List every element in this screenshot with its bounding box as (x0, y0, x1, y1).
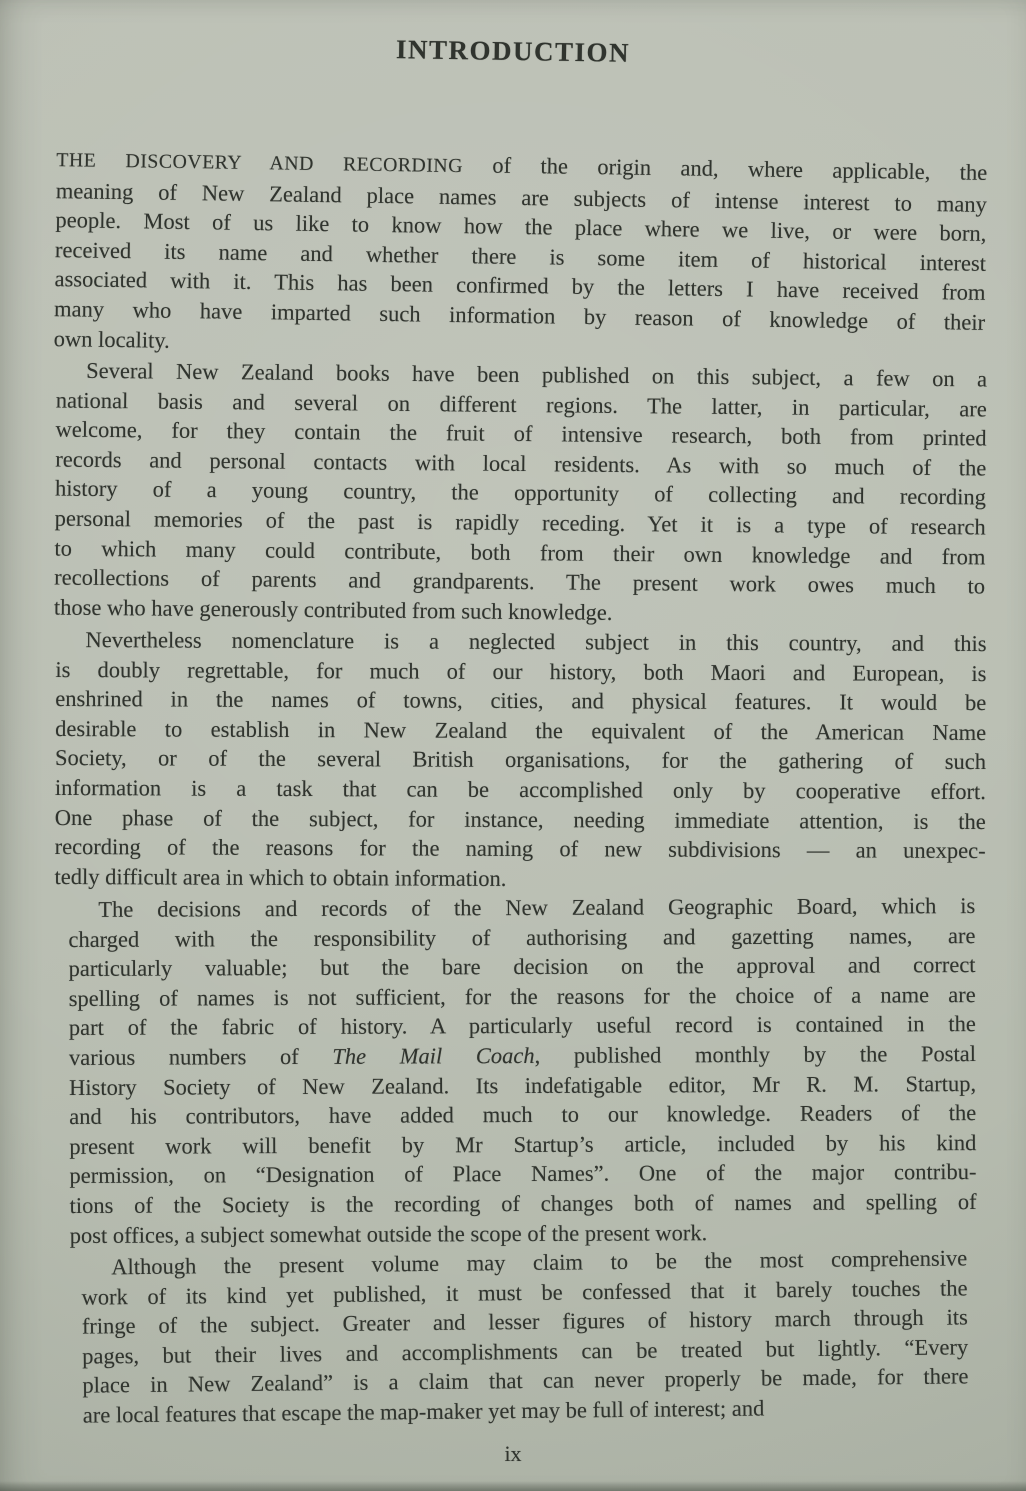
text-line: tedly difficult area in which to obtain … (54, 861, 985, 895)
text-line: History Society of New Zealand. Its inde… (69, 1068, 976, 1102)
text-line: Society, or of the several British organ… (55, 743, 986, 777)
text-line: recording of the reasons for the naming … (55, 832, 986, 866)
page-number: ix (0, 1441, 1026, 1467)
text-line: permission, on “Designation of Place Nam… (69, 1157, 976, 1191)
text-line: enshrined in the names of towns, cities,… (55, 684, 986, 718)
paragraph: Nevertheless nomenclature is a neglected… (54, 624, 986, 894)
text-line: and his contributors, have added much to… (69, 1098, 976, 1132)
text-line: part of the fabric of history. A particu… (69, 1009, 976, 1043)
text-line: information is a task that can be accomp… (55, 772, 986, 806)
text-line: present work will benefit by Mr Startup’… (69, 1128, 976, 1162)
paragraph: The decisions and records of the New Zea… (68, 891, 977, 1250)
paragraph: THE DISCOVERY AND RECORDING of the origi… (53, 144, 987, 367)
page-title: INTRODUCTION (0, 28, 1026, 75)
page-edge-shadow (0, 1481, 1026, 1491)
photo-of-book-page: { "page": { "title": "INTRODUCTION", "pa… (0, 0, 1026, 1491)
text-line: Nevertheless nomenclature is a neglected… (55, 624, 986, 658)
text-line: is doubly regrettable, for much of our h… (55, 654, 986, 688)
text-line: desirable to establish in New Zealand th… (55, 713, 986, 747)
text-line: spelling of names is not sufficient, for… (69, 980, 976, 1014)
text-line: One phase of the subject, for instance, … (55, 802, 986, 836)
text-line: various numbers of The Mail Coach, publi… (69, 1039, 976, 1073)
paragraph: Several New Zealand books have been publ… (54, 356, 988, 631)
text-line: tions of the Society is the recording of… (70, 1187, 977, 1221)
book-page: INTRODUCTION THE DISCOVERY AND RECORDING… (0, 0, 1026, 1491)
text-line: particularly valuable; but the bare deci… (68, 950, 975, 984)
page-body: THE DISCOVERY AND RECORDING of the origi… (0, 151, 1026, 1426)
text-line: charged with the responsibility of autho… (68, 920, 975, 954)
paragraph: Although the present volume may claim to… (81, 1243, 969, 1430)
text-line: The decisions and records of the New Zea… (68, 891, 975, 925)
